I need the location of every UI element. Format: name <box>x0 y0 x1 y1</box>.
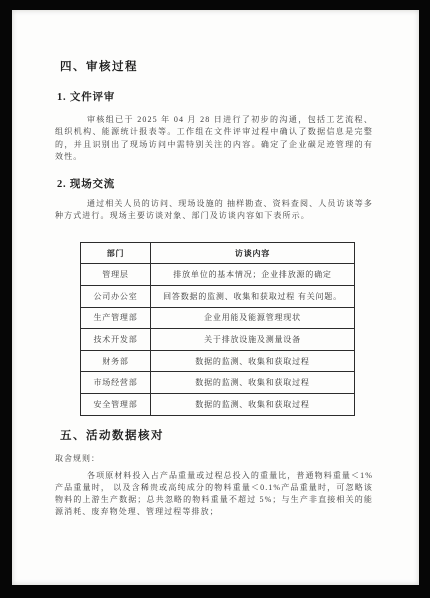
section-heading-audit-process: 四、审核过程 <box>60 60 373 75</box>
department-cell: 安全管理部 <box>81 393 151 415</box>
page-content: 四、审核过程 1. 文件评审 审核组已于 2025 年 04 月 28 日进行了… <box>12 10 419 519</box>
interview-content-cell: 数据的监测、收集和获取过程 <box>151 372 355 394</box>
interview-content-cell: 数据的监测、收集和获取过程 <box>151 350 355 372</box>
table-row: 生产管理部企业用能及能源管理现状 <box>81 307 355 329</box>
interview-content-cell: 关于排放设施及测量设备 <box>151 329 355 351</box>
interview-table: 部门 访谈内容 管理层排放单位的基本情况；企业排放源的确定公司办公室回答数据的监… <box>80 242 355 416</box>
table-row: 公司办公室回答数据的监测、收集和获取过程 有关问题。 <box>81 285 355 307</box>
interview-content-cell: 排放单位的基本情况；企业排放源的确定 <box>151 264 355 286</box>
department-cell: 公司办公室 <box>81 285 151 307</box>
department-cell: 管理层 <box>81 264 151 286</box>
document-page: 四、审核过程 1. 文件评审 审核组已于 2025 年 04 月 28 日进行了… <box>12 10 419 585</box>
department-cell: 财务部 <box>81 350 151 372</box>
doc-review-paragraph: 审核组已于 2025 年 04 月 28 日进行了初步的沟通，包括工艺流程、组织… <box>55 114 373 163</box>
table-header-row: 部门 访谈内容 <box>81 242 355 264</box>
scan-black-frame: 四、审核过程 1. 文件评审 审核组已于 2025 年 04 月 28 日进行了… <box>0 0 430 598</box>
interview-table-body: 管理层排放单位的基本情况；企业排放源的确定公司办公室回答数据的监测、收集和获取过… <box>81 264 355 415</box>
rule-label: 取舍规则： <box>55 453 373 465</box>
table-row: 管理层排放单位的基本情况；企业排放源的确定 <box>81 264 355 286</box>
interview-content-cell: 数据的监测、收集和获取过程 <box>151 393 355 415</box>
department-cell: 市场经营部 <box>81 372 151 394</box>
interview-content-cell: 回答数据的监测、收集和获取过程 有关问题。 <box>151 285 355 307</box>
table-row: 财务部数据的监测、收集和获取过程 <box>81 350 355 372</box>
table-row: 技术开发部关于排放设施及测量设备 <box>81 329 355 351</box>
interview-content-cell: 企业用能及能源管理现状 <box>151 307 355 329</box>
department-cell: 生产管理部 <box>81 307 151 329</box>
subsection-heading-site-visit: 2. 现场交流 <box>57 178 373 192</box>
table-row: 安全管理部数据的监测、收集和获取过程 <box>81 393 355 415</box>
section-heading-activity-data: 五、活动数据核对 <box>60 429 373 444</box>
site-visit-paragraph: 通过相关人员的访问、现场设施的 抽样勘查、资料查阅、人员访谈等多种方式进行。现场… <box>55 198 373 223</box>
department-cell: 技术开发部 <box>81 329 151 351</box>
subsection-heading-doc-review: 1. 文件评审 <box>57 91 373 105</box>
activity-data-paragraph: 各项原材料投入占产品重量或过程总投入的重量比，普通物料重量＜1%产品重量时， 以… <box>55 470 373 519</box>
table-row: 市场经营部数据的监测、收集和获取过程 <box>81 372 355 394</box>
header-cell-department: 部门 <box>81 242 151 264</box>
header-cell-interview-content: 访谈内容 <box>151 242 355 264</box>
